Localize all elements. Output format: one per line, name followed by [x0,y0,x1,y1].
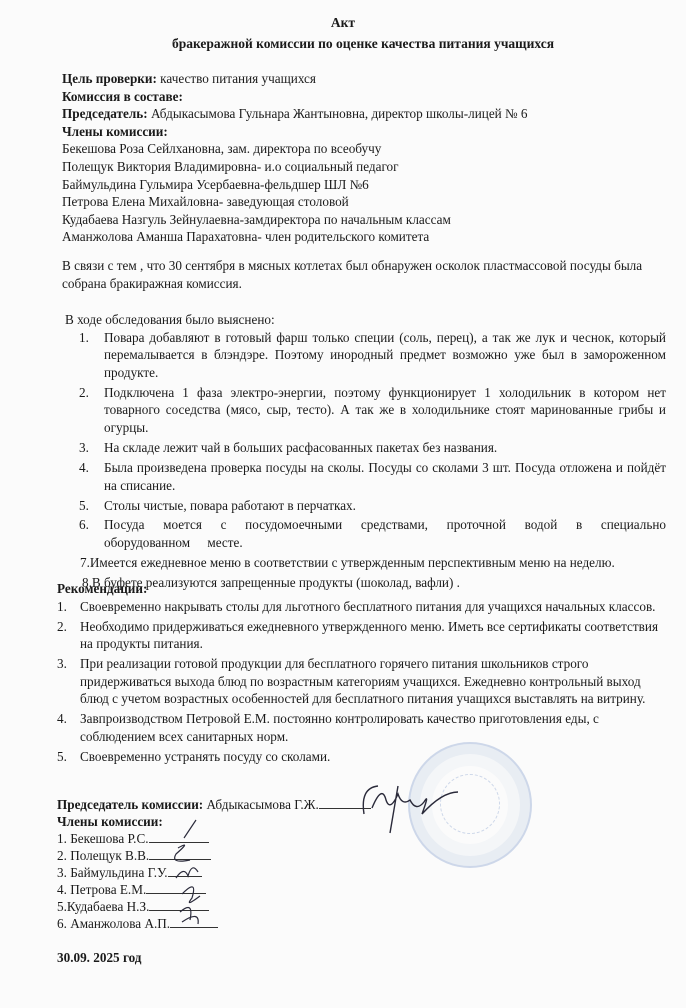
member-item: Бекешова Роза Сейлхановна, зам. директор… [62,140,672,158]
recommendation-item: 4.Завпроизводством Петровой Е.М. постоян… [0,710,660,745]
members-signatures-icon [170,812,220,927]
finding-item: 6.Посуда моется с посудомоечными средств… [62,516,666,551]
intro-paragraph: В связи с тем , что 30 сентября в мясных… [62,257,670,292]
finding-item: 2.Подключена 1 фаза электро-энергии, поэ… [62,384,666,437]
finding-item: 5.Столы чистые, повара работают в перчат… [62,497,666,515]
document-date: 30.09. 2025 год [57,949,141,967]
document-page: Акт бракеражной комиссии по оценке качес… [0,0,686,1008]
recommendation-item: 2.Необходимо придерживаться ежедневного … [0,618,660,653]
member-signature-line: 5.Кудабаева Н.З. [57,898,457,915]
member-item: Кудабаева Назгуль Зейнулаевна-замдиректо… [62,211,672,229]
findings-section: В ходе обследования было выяснено: 1.Пов… [62,311,666,594]
member-signature-line: 6. Аманжолова А.П. [57,915,457,932]
purpose-value: качество питания учащихся [157,71,316,86]
chair-line: Председатель: Абдыкасымова Гульнара Жант… [62,105,672,123]
document-title: Акт [0,15,686,31]
finding-item: 4.Была произведена проверка посуды на ск… [62,459,666,494]
member-signature-line: 3. Баймульдина Г.У. [57,864,457,881]
recommendation-item: 5.Своевременно устранять посуду со скола… [0,748,660,766]
commission-label: Комиссия в составе: [62,88,672,106]
member-item: Аманжолова Аманша Парахатовна- член роди… [62,228,672,246]
recommendations-heading: Рекомендации: [0,580,686,598]
findings-heading: В ходе обследования было выяснено: [62,311,666,329]
recommendation-item: 3.При реализации готовой продукции для б… [0,655,660,708]
member-item: Баймульдина Гульмира Усербаевна-фельдшер… [62,176,672,194]
purpose-line: Цель проверки: качество питания учащихся [62,70,672,88]
finding-item: 7.Имеется ежедневное меню в соответствии… [62,554,666,572]
member-item: Петрова Елена Михайловна- заведующая сто… [62,193,672,211]
chair-label: Председатель: [62,106,148,121]
commission-info: Цель проверки: качество питания учащихся… [62,70,672,246]
member-item: Полещук Виктория Владимировна- и.о социа… [62,158,672,176]
member-signature-line: 4. Петрова Е.М. [57,881,457,898]
purpose-label: Цель проверки: [62,71,157,86]
finding-item: 3.На складе лежит чай в больших расфасов… [62,439,666,457]
recommendations-section: Рекомендации: 1.Своевременно накрывать с… [0,580,686,768]
recommendation-item: 1.Своевременно накрывать столы для льгот… [0,598,660,616]
document-subtitle: бракеражной комиссии по оценке качества … [0,36,686,52]
members-label: Члены комиссии: [62,123,672,141]
chair-value: Абдыкасымова Гульнара Жантыновна, директ… [148,106,528,121]
member-signature-line: 2. Полещук В.В. [57,847,457,864]
chair-signature-icon [350,778,460,848]
findings-list: 1.Повара добавляют в готовый фарш только… [62,329,666,592]
finding-item: 1.Повара добавляют в готовый фарш только… [62,329,666,382]
